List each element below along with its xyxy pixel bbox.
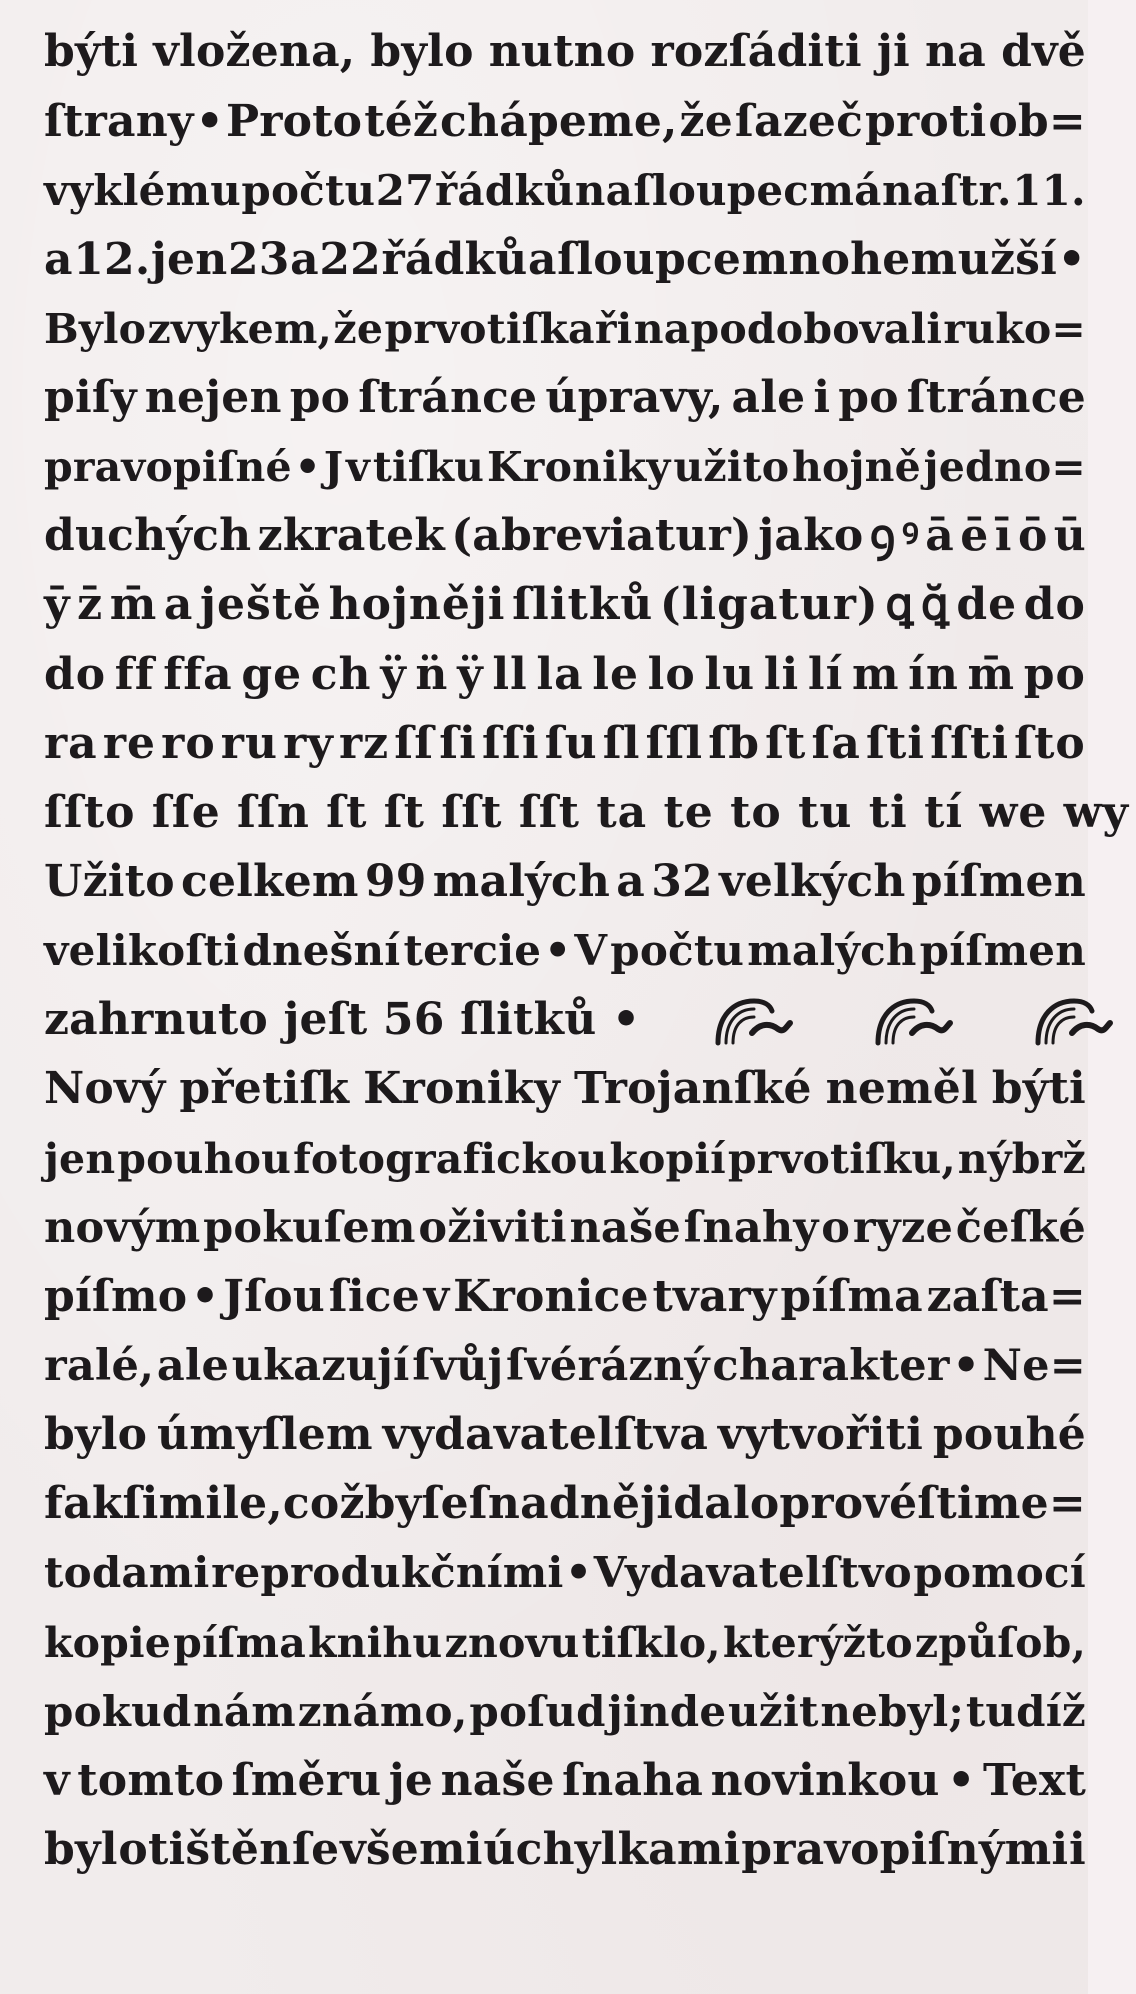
word: ſſ [394, 709, 434, 779]
word: ín [908, 640, 959, 710]
word: na [882, 156, 940, 226]
word: ſb [708, 709, 760, 779]
word: kopie [44, 1608, 171, 1678]
word: ſe [421, 1469, 468, 1539]
word: • [196, 87, 224, 157]
word: Jſou [223, 1262, 325, 1332]
fleuron-hook-icon [712, 993, 794, 1047]
word: 11. [1012, 156, 1086, 226]
word: ſnahy [684, 1193, 819, 1263]
word: pouhou [117, 1124, 291, 1194]
word: po [290, 363, 351, 433]
word: Užito [44, 847, 175, 917]
word: počtu [241, 156, 375, 226]
word: úchylkami [483, 1815, 740, 1885]
word: a [164, 570, 194, 640]
word: bylo [44, 1400, 147, 1470]
word: po [1024, 640, 1086, 710]
word: velikoſti [44, 916, 239, 986]
word: úmyſlem [157, 1400, 373, 1470]
word: rozſáditi [651, 17, 862, 87]
word: že [333, 294, 383, 364]
word: jinde [608, 1677, 727, 1747]
word: způſob, [915, 1608, 1086, 1678]
word: do [44, 640, 106, 710]
word: pravopiſnými [741, 1815, 1068, 1885]
word: tercie [404, 916, 542, 986]
word: v [44, 1746, 70, 1816]
word: zkratek [258, 501, 445, 571]
word: naše [441, 1746, 555, 1816]
text-line-18: novýmpokuſemoživitinašeſnahyoryzečeſké [44, 1193, 1086, 1263]
word: což [283, 1469, 365, 1539]
word: pouhé [933, 1400, 1086, 1470]
word: • [952, 1331, 980, 1401]
word: píſma [173, 1608, 306, 1678]
text-line-15-text: zahrnuto jeſt 56 ſlitků • [44, 985, 640, 1055]
word: vytvořiti [718, 1400, 923, 1470]
word: ffa [163, 640, 232, 710]
word: • [565, 1538, 592, 1608]
word: ſa [811, 709, 860, 779]
word: jen [151, 225, 228, 295]
word: píſmo [44, 1262, 187, 1332]
fleuron-hook-icon [872, 993, 954, 1047]
word: 32 [651, 847, 713, 917]
text-line-8: duchýchzkratek(abreviatur)jakoꝯꝰāēīōū [44, 501, 1086, 571]
text-line-12-text: ſſto ſſe ſſn ſt ſt ſſt ſſt ta te to tu t… [44, 778, 1136, 848]
word: ryze [853, 1193, 953, 1263]
word: ch [311, 640, 372, 710]
word: řádků [381, 225, 527, 295]
text-line-24: kopiepíſmaknihuznovutiſklo,kterýžtozpůſo… [44, 1608, 1086, 1678]
word: m̄ [110, 570, 158, 640]
word: malých [747, 916, 916, 986]
text-line-10: doffffagechÿn̈ÿlllalelolulilímínm̄po [44, 640, 1086, 710]
word: kopií [609, 1124, 726, 1194]
word: piſy [44, 363, 137, 433]
text-line-25: pokudnámznámo,poſudjindeužitnebyl;tudíž [44, 1677, 1086, 1747]
word: jako [758, 501, 863, 571]
word: je [389, 1746, 433, 1816]
word: ſtr. [941, 156, 1012, 226]
word: duchých [44, 501, 251, 571]
word: zvykem, [148, 294, 332, 364]
word: chápeme, [440, 87, 678, 157]
word: počtu [610, 916, 744, 986]
word: rz [339, 709, 389, 779]
word: nám [193, 1677, 296, 1747]
word: m̄ [968, 640, 1016, 710]
word: tudíž [966, 1677, 1086, 1747]
word: ȳ [44, 570, 71, 640]
word: lí [808, 640, 843, 710]
word: V [574, 916, 607, 986]
word: novým [44, 1193, 200, 1263]
word: Vydavatelſtvo [594, 1538, 912, 1608]
word: píſmen [920, 916, 1086, 986]
word: zaſta= [927, 1262, 1086, 1332]
word: ꝯ [870, 501, 896, 571]
word: malých [433, 847, 610, 917]
word: ſvérázný [506, 1331, 710, 1401]
word: pokuſem [203, 1193, 416, 1263]
word: do [1024, 570, 1086, 640]
word: v [424, 1262, 450, 1332]
word: hojněji [329, 570, 506, 640]
text-line-3: vyklémupočtu27řádkůnaſloupecmánaſtr.11. [44, 156, 1086, 226]
word: ſazeč [735, 87, 863, 157]
word: ji [877, 17, 910, 87]
word: ꝗ̆ [921, 570, 950, 640]
word: Ne= [983, 1331, 1086, 1401]
word: (ligatur) [660, 570, 879, 640]
word: naše [569, 1193, 681, 1263]
word: poſud [469, 1677, 605, 1747]
word: prvotiſku, [728, 1124, 956, 1194]
word: Nový [44, 1054, 166, 1124]
word: dalo [673, 1469, 779, 1539]
word: a [616, 847, 645, 917]
word: jen [44, 1124, 115, 1194]
word: todami [44, 1538, 210, 1608]
word: bylo [370, 17, 473, 87]
word: ū [1054, 501, 1086, 571]
word: ukazují [232, 1331, 410, 1401]
word: ſſti [930, 709, 1009, 779]
word: reprodukčními [211, 1538, 563, 1608]
word: vyklému [44, 156, 241, 226]
word: též [364, 87, 438, 157]
word: Proto [226, 87, 362, 157]
word: ſvůj [412, 1331, 503, 1401]
word: Kronice [453, 1262, 649, 1332]
word: ē [960, 501, 988, 571]
word: vložena, [153, 17, 355, 87]
word: • [295, 432, 321, 502]
word: mnohem [742, 225, 958, 295]
fleuron-row [712, 993, 1114, 1047]
word: le [592, 640, 639, 710]
text-line-2: ſtrany•Prototéžchápeme,žeſazečprotiob= [44, 87, 1086, 157]
word: ſto [1014, 709, 1086, 779]
word: ge [241, 640, 302, 710]
text-line-22: fakſimile,cožbyſeſnadnějidaloprovéſtime= [44, 1469, 1086, 1539]
word: nýbrž [958, 1124, 1086, 1194]
text-line-11: rareroruryrzſſſiſſiſuſlſſlſbſtſaſtiſſtiſ… [44, 709, 1086, 779]
word: v [346, 432, 370, 502]
word: o [821, 1193, 850, 1263]
word: ob= [988, 87, 1086, 157]
word: býti [44, 17, 138, 87]
word: užit [728, 1677, 819, 1747]
word: všemi [340, 1815, 483, 1885]
word: ſti [866, 709, 925, 779]
text-line-15: zahrnuto jeſt 56 ſlitků • [44, 985, 1086, 1055]
word: ale [731, 363, 805, 433]
word: vydavatelſtva [383, 1400, 708, 1470]
word: pravopiſné [44, 432, 292, 502]
word: ralé, [44, 1331, 154, 1401]
word: • [544, 916, 571, 986]
word: užší [958, 225, 1057, 295]
word: tomto [77, 1746, 224, 1816]
text-line-14: velikoſtidnešnítercie•Vpočtumalýchpíſmen [44, 916, 1086, 986]
word: píſma [780, 1262, 922, 1332]
word: celkem [181, 847, 359, 917]
word: tvary [653, 1262, 777, 1332]
word: Kroniky [363, 1054, 560, 1124]
word: užito [673, 432, 789, 502]
word: ſloupce [557, 225, 741, 295]
word: kterýžto [723, 1608, 913, 1678]
word: pokud [44, 1677, 191, 1747]
word: známo, [298, 1677, 468, 1747]
word: byl [44, 1815, 118, 1885]
word: a [290, 225, 319, 295]
word: 99 [365, 847, 427, 917]
word: 12. [73, 225, 150, 295]
word: má [810, 156, 882, 226]
word: lo [648, 640, 696, 710]
word: • [1058, 225, 1086, 295]
word: fotografickou [293, 1124, 607, 1194]
word: ff [115, 640, 155, 710]
word: napodobovali [634, 294, 942, 364]
word: Kroniky [487, 432, 671, 502]
text-line-27: bylotištěnſevšemiúchylkamipravopiſnýmii [44, 1815, 1086, 1885]
word: knihu [308, 1608, 442, 1678]
word: la [536, 640, 583, 710]
word: ÿ [457, 640, 484, 710]
word: re [103, 709, 156, 779]
word: n̈ [415, 640, 448, 710]
word: by [365, 1469, 422, 1539]
word: ꝗ [885, 570, 914, 640]
word: a [528, 225, 557, 295]
word: ro [161, 709, 216, 779]
word: nejen [145, 363, 282, 433]
word: ale [157, 1331, 229, 1401]
word: ſtránce [358, 363, 537, 433]
text-line-26: vtomtoſměrujenašeſnahanovinkou•Text [44, 1746, 1086, 1816]
text-line-7: pravopiſné•JvtiſkuKronikyužitohojnějedno… [44, 432, 1086, 502]
word: • [947, 1746, 975, 1816]
word: ꝰ [902, 501, 919, 571]
text-line-17: jenpouhoufotografickoukopiíprvotiſku,nýb… [44, 1124, 1086, 1194]
word: ll [492, 640, 527, 710]
word: Trojanſké [574, 1054, 812, 1124]
text-line-1: býtivložena,bylonutnorozſáditijinadvě [44, 17, 1086, 87]
word: ſſi [482, 709, 540, 779]
word: • [191, 1262, 219, 1332]
word: ſl [603, 709, 641, 779]
text-line-9: ȳz̄m̄aještěhojnějiſlitků(ligatur)ꝗꝗ̆dedo [44, 570, 1086, 640]
word: ſe [292, 1815, 339, 1885]
word: Bylo [44, 294, 146, 364]
word: i [1069, 1815, 1086, 1885]
word: nutno [489, 17, 636, 87]
word: de [956, 570, 1017, 640]
word: znovu [445, 1608, 580, 1678]
word: J [324, 432, 344, 502]
text-line-19: píſmo•JſouſicevKronicetvarypíſmazaſta= [44, 1262, 1086, 1332]
word: otištěn [118, 1815, 291, 1885]
word: nebyl; [820, 1677, 964, 1747]
word: úpravy, [545, 363, 723, 433]
word: 22 [319, 225, 381, 295]
word: novinkou [711, 1746, 940, 1816]
word: ſſl [646, 709, 704, 779]
word: velkých [719, 847, 906, 917]
word: tiſklo, [582, 1608, 721, 1678]
word: na [575, 156, 633, 226]
word: ſi [439, 709, 477, 779]
word: ī [995, 501, 1012, 571]
word: ra [44, 709, 98, 779]
text-line-21: byloúmyſlemvydavatelſtvavytvořitipouhé [44, 1400, 1086, 1470]
word: a [44, 225, 73, 295]
word: ſměru [232, 1746, 382, 1816]
text-line-16: NovýpřetiſkKronikyTrojanſkénemělbýti [44, 1054, 1086, 1124]
word: ſtrany [44, 87, 194, 157]
text-line-23: todamireprodukčními•Vydavatelſtvopomocí [44, 1538, 1086, 1608]
word: býti [992, 1054, 1086, 1124]
word: ruko= [943, 294, 1086, 364]
word: ry [283, 709, 334, 779]
word: m [852, 640, 900, 710]
word: ještě [200, 570, 322, 640]
word: po [838, 363, 899, 433]
word: hojně [792, 432, 921, 502]
word: ſtránce [907, 363, 1086, 433]
word: ſloupec [633, 156, 809, 226]
word: ſu [545, 709, 598, 779]
word: ÿ [380, 640, 407, 710]
word: Text [983, 1746, 1086, 1816]
word: ō [1018, 501, 1048, 571]
word: i [813, 363, 830, 433]
word: tiſku [373, 432, 484, 502]
word: na [925, 17, 986, 87]
word: píſmen [912, 847, 1086, 917]
word: ſlitků [512, 570, 653, 640]
word: li [764, 640, 799, 710]
word: prvotiſkaři [384, 294, 632, 364]
word: řádků [435, 156, 574, 226]
word: čeſké [956, 1193, 1086, 1263]
word: dvě [1001, 17, 1086, 87]
word: přetiſk [179, 1054, 349, 1124]
word: ſnadněji [469, 1469, 673, 1539]
word: ſice [329, 1262, 420, 1332]
word: provéſti [779, 1469, 973, 1539]
text-line-5: Bylozvykem,žeprvotiſkařinapodobovaliruko… [44, 294, 1086, 364]
word: dnešní [242, 916, 400, 986]
word: proti [865, 87, 986, 157]
fleuron-hook-icon [1032, 993, 1114, 1047]
text-line-12: ſſto ſſe ſſn ſt ſt ſſt ſſt ta te to tu t… [44, 778, 1086, 848]
word: ā [925, 501, 954, 571]
word: že [680, 87, 733, 157]
word: neměl [826, 1054, 978, 1124]
word: pomocí [913, 1538, 1086, 1608]
word: jedno= [924, 432, 1086, 502]
word: oživiti [418, 1193, 566, 1263]
text-line-20: ralé,aleukazujíſvůjſvéráznýcharakter•Ne= [44, 1331, 1086, 1401]
scanned-page: býtivložena,bylonutnorozſáditijinadvě ſt… [0, 0, 1136, 1994]
word: (abreviatur) [451, 501, 752, 571]
word: fakſimile, [44, 1469, 283, 1539]
text-line-13: Užitocelkem99malýcha32velkýchpíſmen [44, 847, 1086, 917]
word: charakter [712, 1331, 949, 1401]
text-line-4: a12.jen23a22řádkůaſloupcemnohemužší• [44, 225, 1086, 295]
word: ſnaha [562, 1746, 703, 1816]
word: me= [974, 1469, 1086, 1539]
word: z̄ [77, 570, 103, 640]
word: ru [221, 709, 278, 779]
word: 27 [376, 156, 435, 226]
word: lu [704, 640, 755, 710]
text-line-6: piſynejenpoſtránceúpravy,aleipoſtránce [44, 363, 1086, 433]
word: 23 [228, 225, 290, 295]
word: ſt [765, 709, 806, 779]
